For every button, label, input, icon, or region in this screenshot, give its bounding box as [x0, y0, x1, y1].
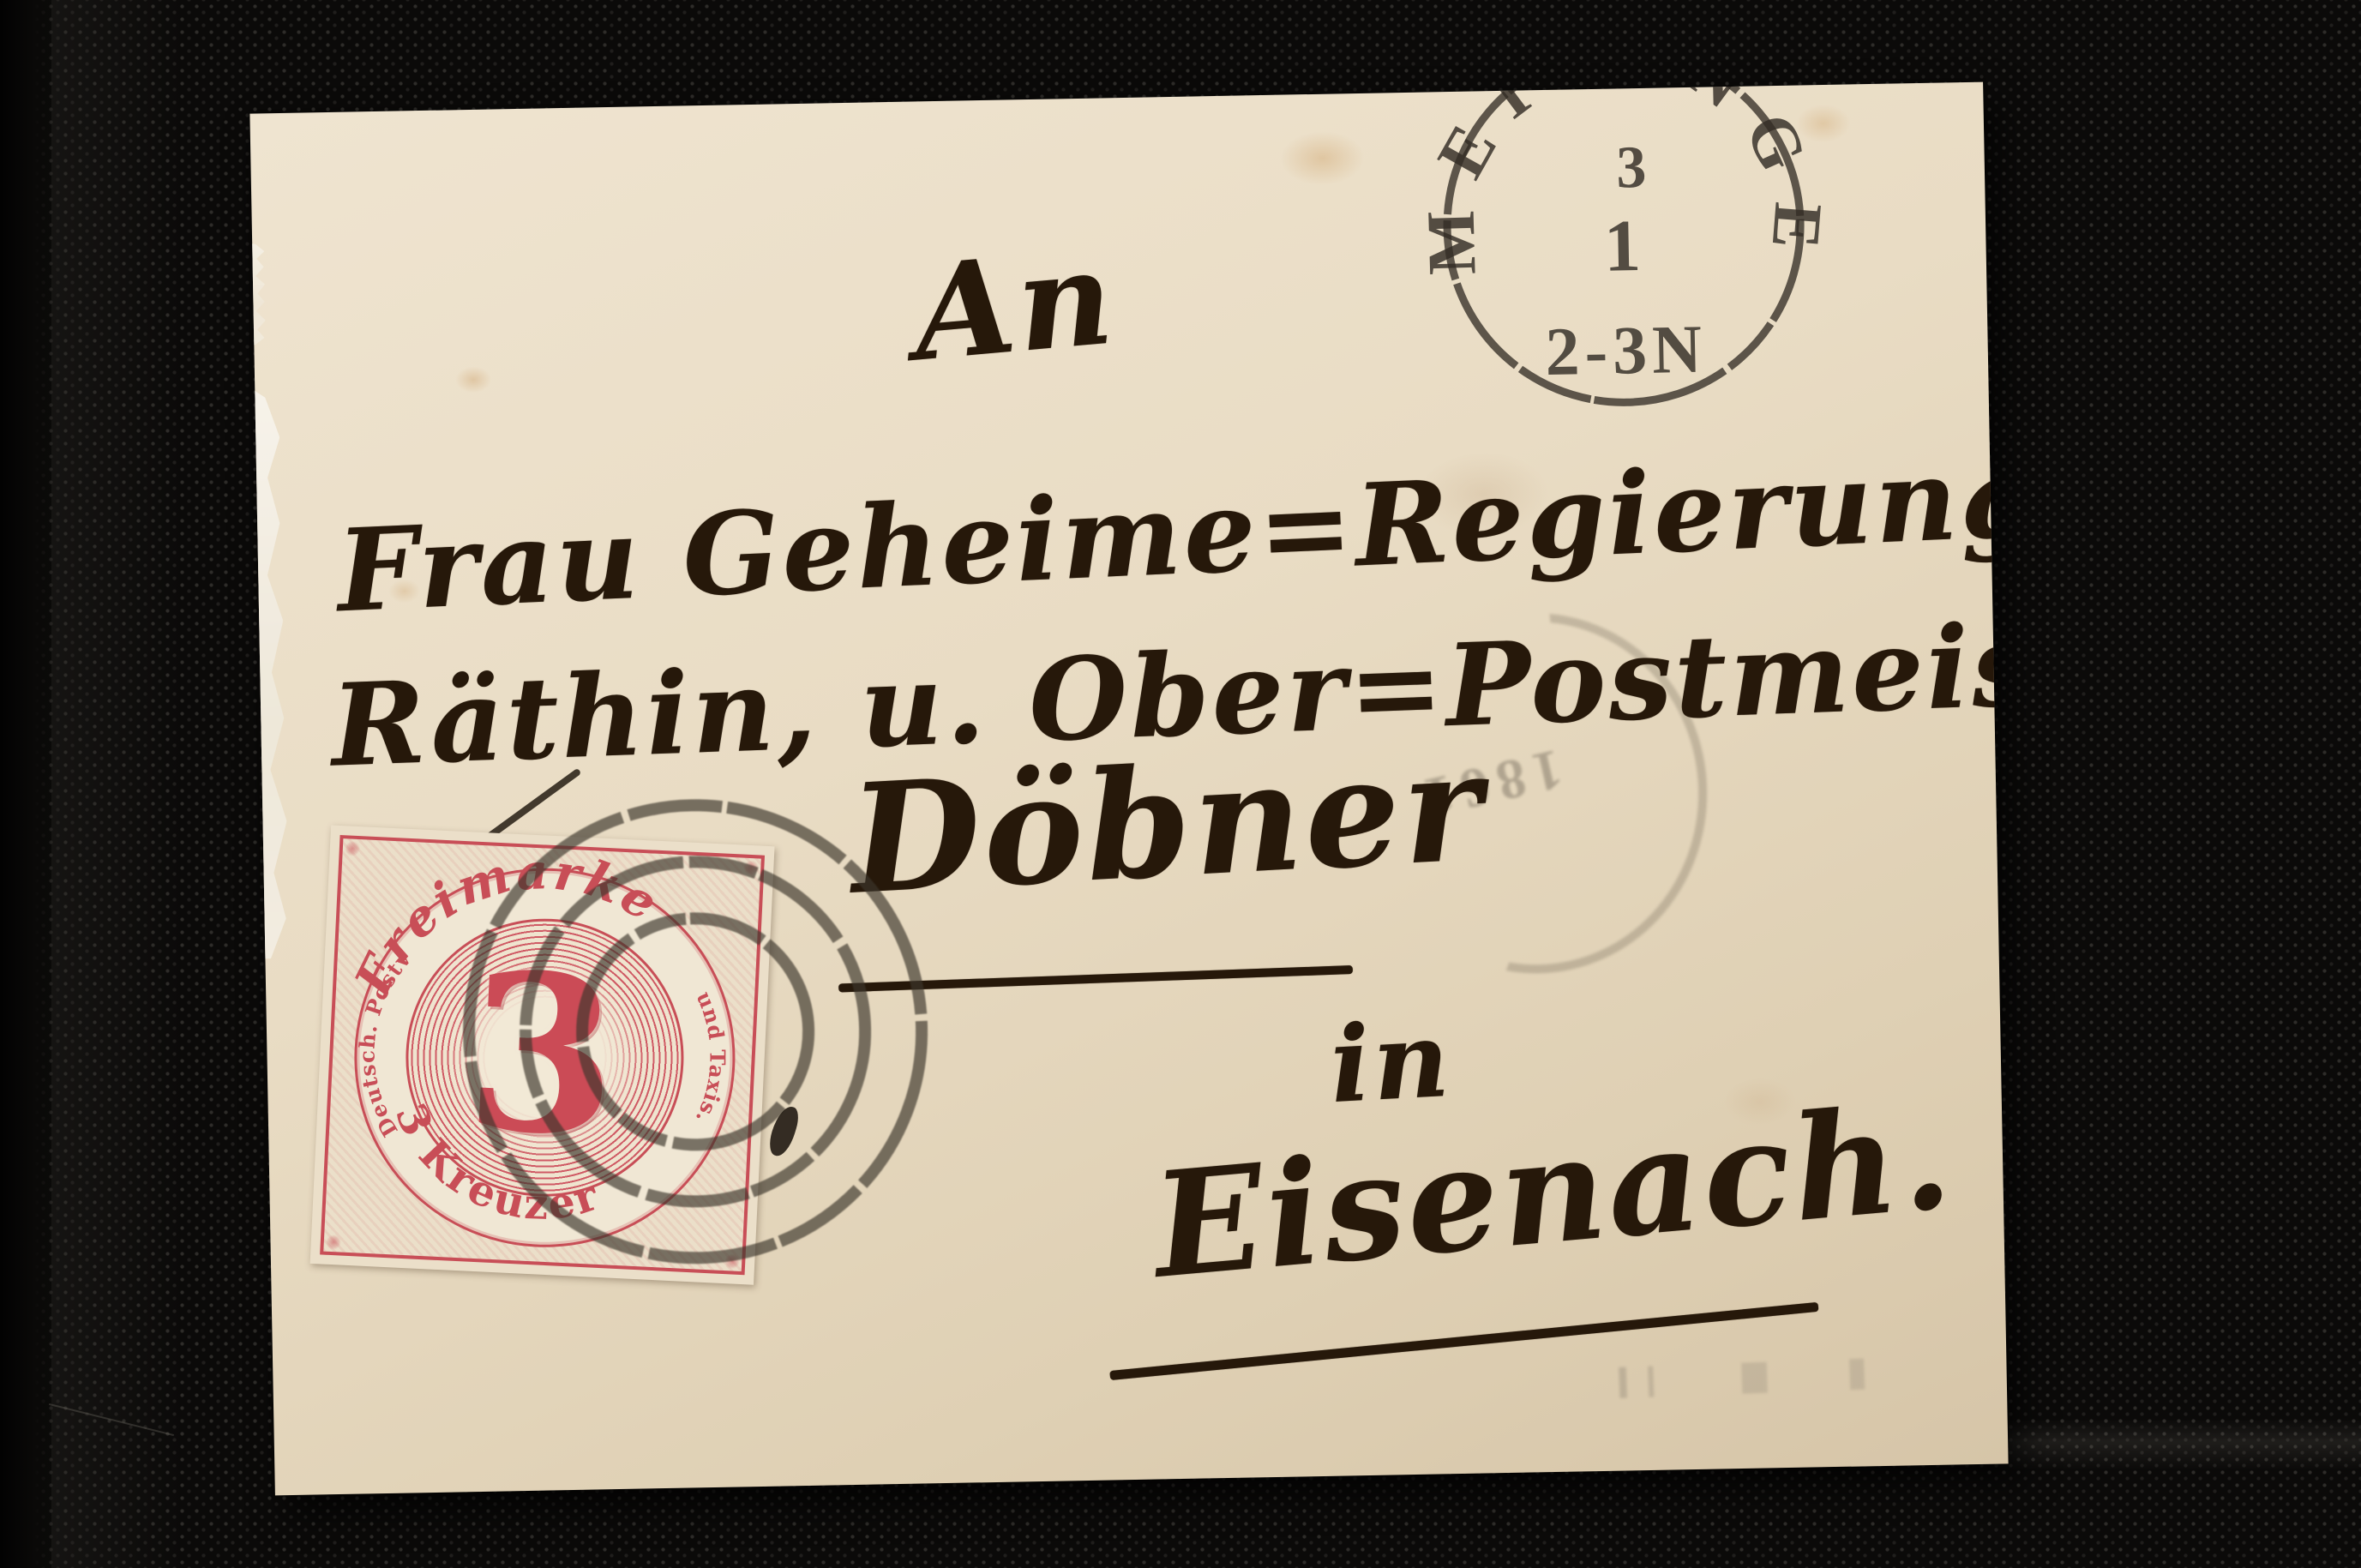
cancel-middle-ring — [523, 859, 868, 1205]
cds-month: 1 — [1603, 204, 1642, 287]
address-title-line-1: Frau Geheime=Regierungs= — [334, 422, 2008, 638]
album-spine-band — [0, 0, 58, 1568]
album-fabric-shading — [51, 0, 206, 1568]
address-salutation: An — [907, 219, 1120, 390]
cds-day: 3 — [1616, 135, 1647, 201]
mount-strip-sheen — [1972, 1419, 2361, 1470]
cancel-inner-ring — [580, 916, 811, 1147]
cancel-outer-ring — [465, 802, 926, 1263]
photo-of-postal-cover: { "envelope": { "address": { "line1": "A… — [0, 0, 2361, 1568]
svg-text:MEININGEN: MEININGEN — [1362, 82, 1837, 286]
meiningen-cds-postmark: MEININGEN 3 1 2-3N — [1362, 82, 1886, 488]
folded-letter-cover: MEININGEN 3 1 2-3N 1861 An Frau Geheime=… — [249, 82, 2008, 1496]
address-town: Eisenach. — [1147, 1071, 1960, 1310]
paper-edge-scuff-small — [249, 242, 266, 345]
pencil-notation — [1597, 1355, 1958, 1399]
cds-town-arc: MEININGEN — [1362, 82, 1837, 286]
address-preposition: in — [1327, 997, 1455, 1126]
triple-ring-cancel — [363, 700, 1027, 1363]
paper-edge-scuff — [249, 386, 289, 959]
cds-time: 2-3N — [1545, 312, 1708, 390]
